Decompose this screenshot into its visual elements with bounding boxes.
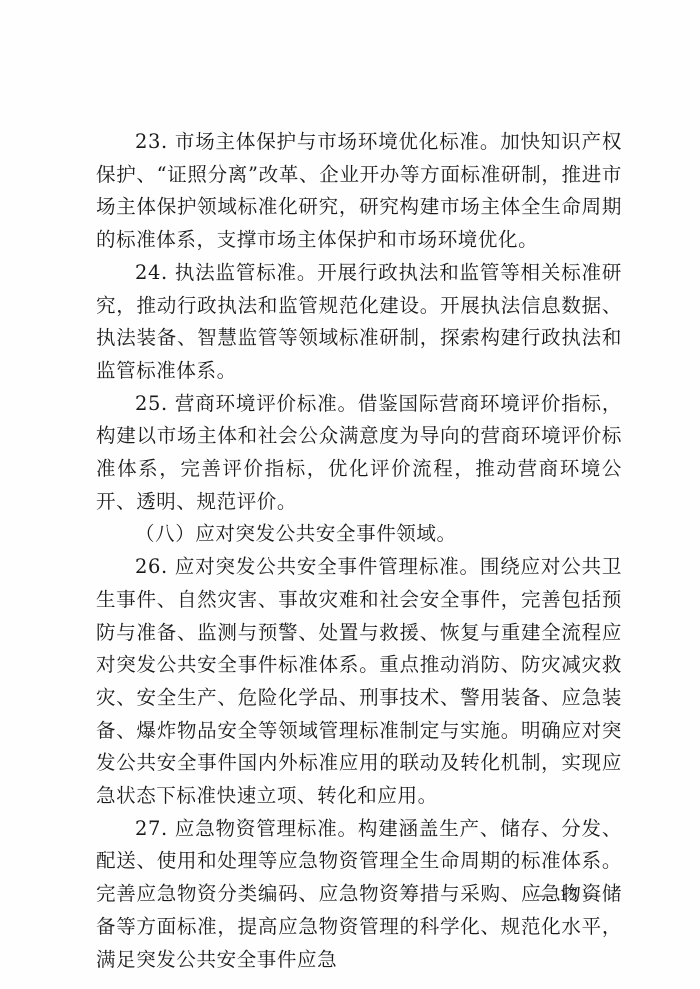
section-heading: （八）应对突发公共安全事件领域。 <box>96 518 622 551</box>
item-title: 执法监管标准。 <box>175 261 317 284</box>
page-content: 23. 市场主体保护与市场环境优化标准。加快知识产权保护、“证照分离”改革、企业… <box>96 126 622 976</box>
paragraph-26: 26. 应对突发公共安全事件管理标准。围绕应对公共卫生事件、自然灾害、事故灾难和… <box>96 551 622 813</box>
document-page: 23. 市场主体保护与市场环境优化标准。加快知识产权保护、“证照分离”改革、企业… <box>0 0 700 989</box>
item-number: 26. <box>135 555 168 578</box>
item-number: 25. <box>135 392 168 415</box>
item-title: 应对突发公共安全事件管理标准。 <box>175 555 480 578</box>
item-number: 23. <box>135 130 168 153</box>
item-number: 27. <box>135 817 168 840</box>
page-number: — 15 — <box>536 885 602 905</box>
item-title: 应急物资管理标准。 <box>175 817 358 840</box>
item-body: 围绕应对公共卫生事件、自然灾害、事故灾难和社会安全事件，完善包括预防与准备、监测… <box>96 555 622 807</box>
item-number: 24. <box>135 261 168 284</box>
item-title: 营商环境评价标准。 <box>175 392 358 415</box>
paragraph-25: 25. 营商环境评价标准。借鉴国际营商环境评价指标，构建以市场主体和社会公众满意… <box>96 388 622 519</box>
paragraph-23: 23. 市场主体保护与市场环境优化标准。加快知识产权保护、“证照分离”改革、企业… <box>96 126 622 257</box>
item-title: 市场主体保护与市场环境优化标准。 <box>175 130 500 153</box>
paragraph-24: 24. 执法监管标准。开展行政执法和监管等相关标准研究，推动行政执法和监管规范化… <box>96 257 622 388</box>
